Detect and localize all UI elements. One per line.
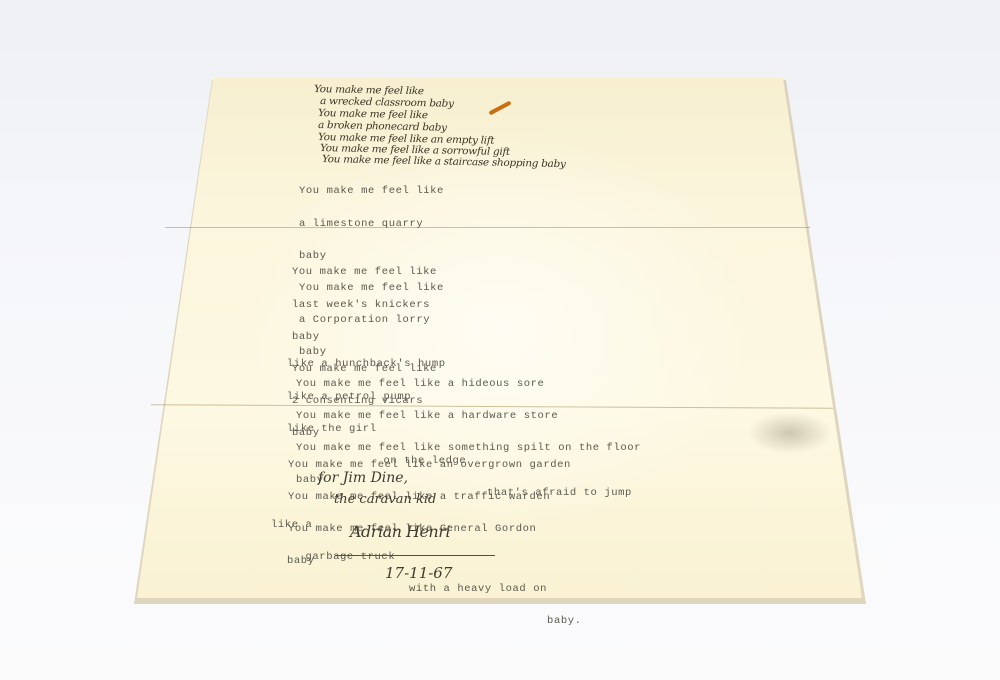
typed-line: that's afraid to jump <box>280 488 632 499</box>
typed-line: last week's knickers <box>292 300 571 311</box>
typed-line: a limestone quarry <box>299 219 641 230</box>
typed-line: like a hunchback's hump <box>280 359 632 370</box>
orange-tick-mark <box>488 101 511 116</box>
typed-line: with a heavy load on <box>271 584 632 595</box>
typed-line: You make me feel like <box>299 186 641 197</box>
poem-content: You make me feel like a wrecked classroo… <box>0 0 1000 680</box>
typed-line: like a <box>271 520 632 531</box>
typed-line: like a petrol pump <box>280 392 632 403</box>
signature-date: 17-11-67 <box>385 564 452 582</box>
dedication-line-2: the caravan kid <box>334 492 436 507</box>
typed-line: garbage truck <box>271 552 632 563</box>
signature: Adrian Henri <box>350 522 450 541</box>
typed-line: baby. <box>271 616 632 627</box>
typed-line: on the ledge <box>280 456 632 467</box>
dedication-line-1: for Jim Dine, <box>318 470 408 486</box>
typed-stanza-3: like a hunchback's hump like a petrol pu… <box>280 338 632 648</box>
typed-line: like the girl <box>280 424 632 435</box>
typed-line: You make me feel like <box>292 267 571 278</box>
signature-underline <box>335 555 495 556</box>
handwritten-line: You make me feel like <box>318 108 428 121</box>
